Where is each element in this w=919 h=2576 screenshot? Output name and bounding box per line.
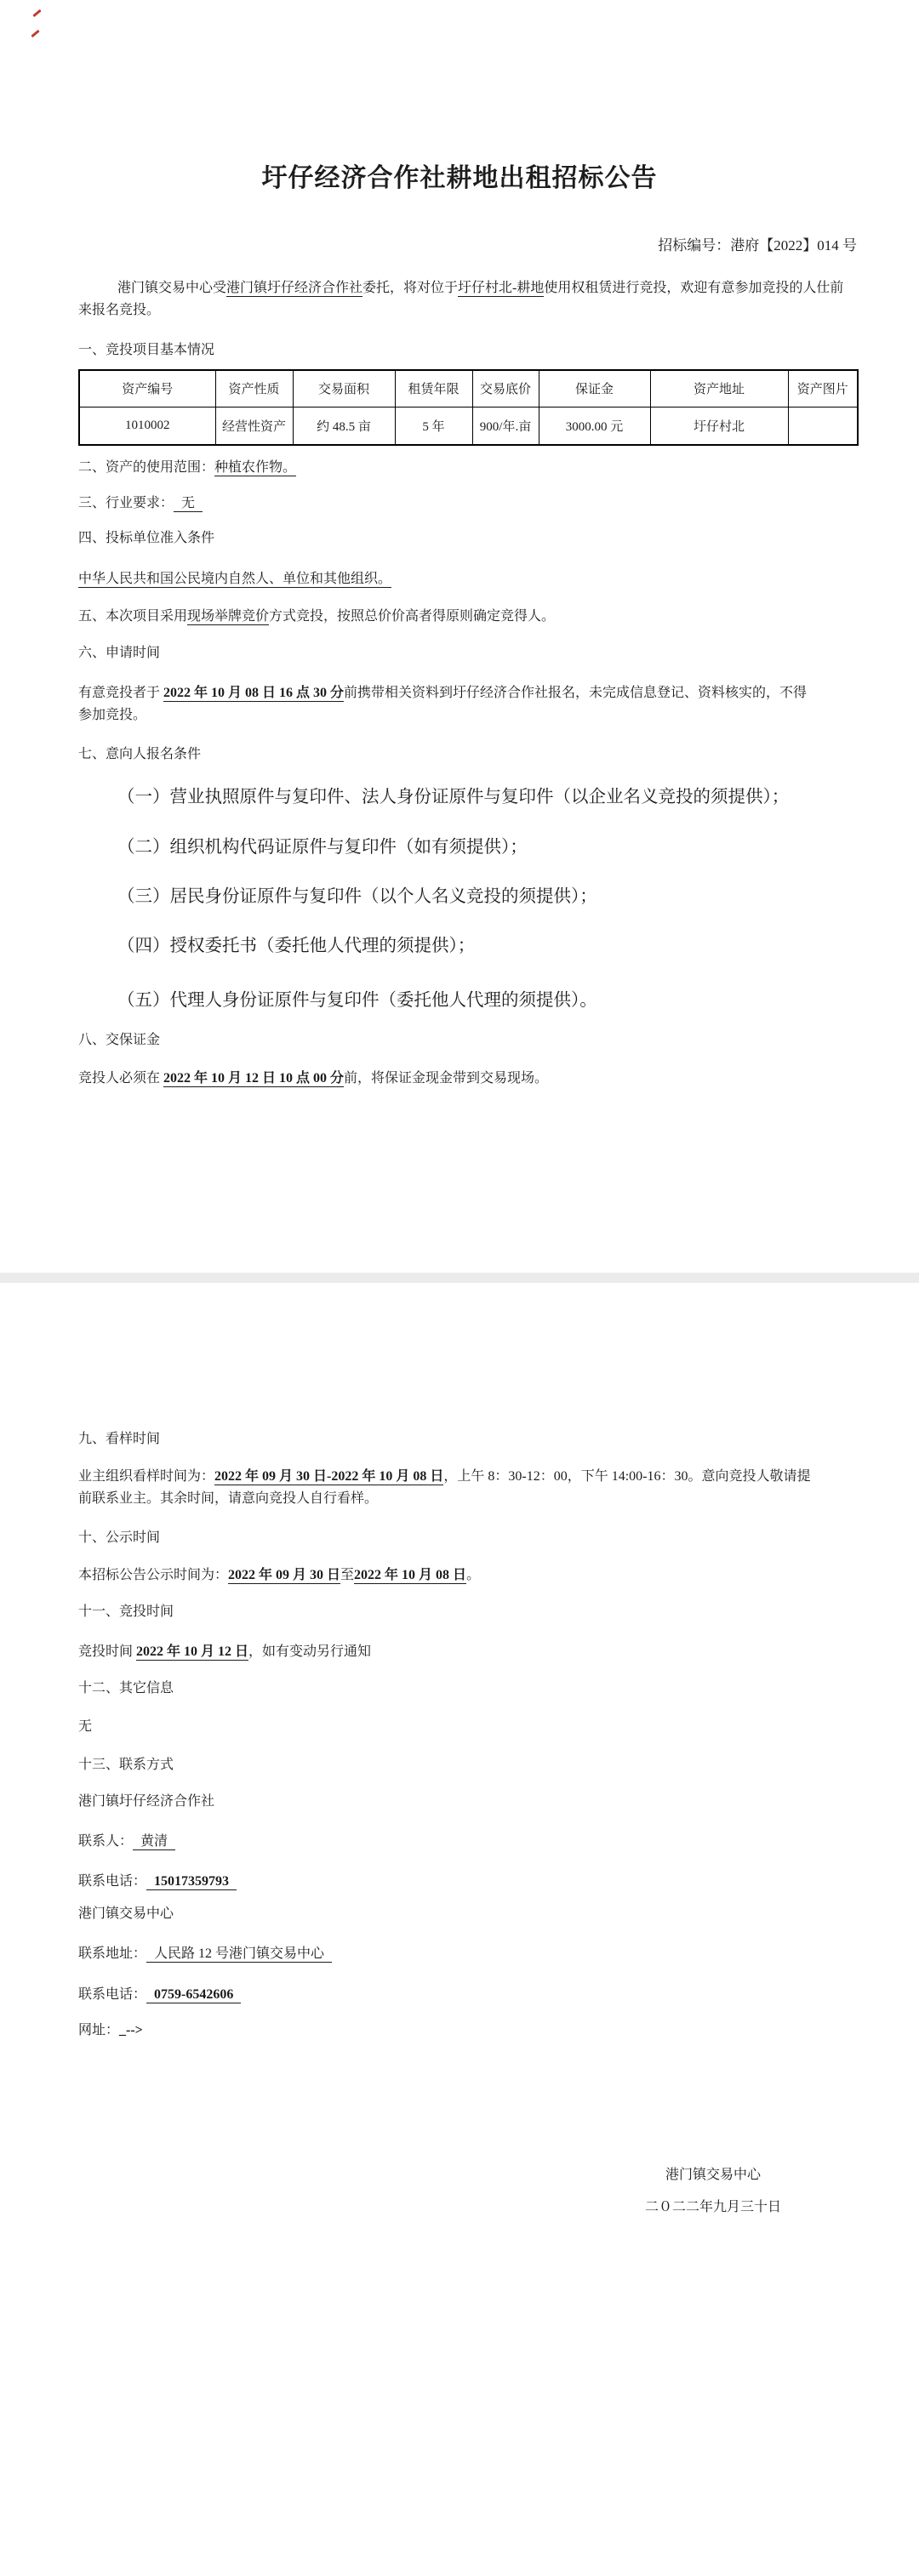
asset-usage-value: 种植农作物。 [214,460,296,476]
table-row: 1010002 经营性资产 约 48.5 亩 5 年 900/年.亩 3000.… [79,407,858,445]
cell-base-price: 900/年.亩 [472,407,539,445]
intro-text: 委托，将对位于 [362,281,458,295]
page-title: 圩仔经济合作社耕地出租招标公告 [0,162,919,196]
section-4-heading: 四、投标单位准入条件 [78,527,857,550]
publicity-end-date: 2022 年 10 月 08 日 [354,1568,466,1584]
section-10-text: 至 [340,1568,354,1582]
eligibility-text: 中华人民共和国公民境内自然人、单位和其他组织。 [78,572,391,588]
section-11-heading: 十一、竞投时间 [78,1601,857,1623]
red-annotation-mark [31,30,39,37]
section-12-heading: 十二、其它信息 [78,1678,857,1700]
col-address: 资产地址 [650,370,788,407]
contact-address-value: 人民路 12 号港门镇交易中心 [146,1946,332,1963]
section-7-heading: 七、意向人报名条件 [78,744,857,766]
contact-address-label: 联系地址： [78,1946,146,1961]
section-5-line: 五、本次项目采用现场举牌竞价方式竞投，按照总价价高者得原则确定竞得人。 [78,606,857,628]
footer-org: 港门镇交易中心 [628,2164,798,2186]
section-2-label: 二、资产的使用范围： [78,460,214,475]
section-11-body: 竞投时间 2022 年 10 月 12 日，如有变动另行通知 [78,1641,857,1663]
section-3-line: 三、行业要求：无 [78,493,857,515]
col-deposit: 保证金 [539,370,650,407]
cell-area: 约 48.5 亩 [293,407,395,445]
entrusting-org: 港门镇圩仔经济合作社 [226,281,362,297]
contact-person-name: 黄清 [133,1834,175,1850]
industry-requirement-value: 无 [174,496,203,512]
contact-phone1-number: 15017359793 [146,1874,237,1890]
footer-date: 二０二二年九月三十日 [619,2197,807,2219]
contact-phone2-number: 0759-6542606 [146,1987,241,2003]
col-area: 交易面积 [293,370,395,407]
section-12-body: 无 [78,1716,857,1738]
section-6-heading: 六、申请时间 [78,642,857,664]
section-9-body: 业主组织看样时间为：2022 年 09 月 30 日-2022 年 10 月 0… [78,1466,812,1510]
section-2-line: 二、资产的使用范围：种植农作物。 [78,457,857,479]
contact-person-line: 联系人：黄清 [78,1831,857,1853]
section-11-text: ，如有变动另行通知 [248,1644,371,1659]
section-5-text: 方式竞投，按照总价价高者得原则确定竞得人。 [269,609,555,624]
section-1-heading: 一、竞投项目基本情况 [78,339,857,362]
tender-ref-number: 招标编号：港府【2022】014 号 [78,235,857,257]
section-4-body: 中华人民共和国公民境内自然人、单位和其他组织。 [78,568,857,590]
section-13-heading: 十三、联系方式 [78,1754,857,1776]
contact-org-trade-center: 港门镇交易中心 [78,1903,857,1925]
section-6-text: 有意竞投者于 [78,686,163,700]
col-lease-term: 租赁年限 [395,370,472,407]
requirement-item-4: （四）授权委托书（委托他人代理的须提供）； [78,933,896,959]
section-10-body: 本招标公告公示时间为：2022 年 09 月 30 日至2022 年 10 月 … [78,1564,857,1587]
intro-paragraph: 港门镇交易中心受港门镇圩仔经济合作社委托，将对位于圩仔村北-耕地使用权租赁进行竞… [78,277,844,322]
website-label: 网址： [78,2023,119,2037]
cell-address: 圩仔村北 [650,407,788,445]
application-deadline: 2022 年 10 月 08 日 16 点 30 分 [163,686,344,702]
section-8-text: 前，将保证金现金带到交易现场。 [344,1071,548,1086]
contact-phone1-line: 联系电话：15017359793 [78,1871,857,1893]
deposit-deadline: 2022 年 10 月 12 日 10 点 00 分 [163,1071,344,1087]
section-8-text: 竞投人必须在 [78,1071,163,1086]
website-value: _--> [119,2023,143,2037]
cell-lease-term: 5 年 [395,407,472,445]
contact-org-cooperative: 港门镇圩仔经济合作社 [78,1791,857,1813]
requirement-item-1: （一）营业执照原件与复印件、法人身份证原件与复印件（以企业名义竞投的须提供）； [78,784,896,810]
cell-deposit: 3000.00 元 [539,407,650,445]
cell-photo [788,407,858,445]
section-10-text: 。 [466,1568,480,1582]
contact-phone2-label: 联系电话： [78,1987,146,2002]
section-9-text: 业主组织看样时间为： [78,1469,214,1484]
section-5-text: 五、本次项目采用 [78,609,187,624]
viewing-dates: 2022 年 09 月 30 日-2022 年 10 月 08 日 [214,1469,443,1485]
requirement-item-5: （五）代理人身份证原件与复印件（委托他人代理的须提供）。 [78,988,896,1013]
section-6-body: 有意竞投者于 2022 年 10 月 08 日 16 点 30 分前携带相关资料… [78,682,812,727]
asset-info-table: 资产编号 资产性质 交易面积 租赁年限 交易底价 保证金 资产地址 资产图片 1… [78,369,859,446]
red-annotation-mark [32,9,41,17]
section-3-label: 三、行业要求： [78,496,174,510]
requirement-item-3: （三）居民身份证原件与复印件（以个人名义竞投的须提供）； [78,884,896,909]
cell-asset-id: 1010002 [79,407,215,445]
section-11-text: 竞投时间 [78,1644,136,1659]
section-8-body: 竞投人必须在 2022 年 10 月 12 日 10 点 00 分前，将保证金现… [78,1068,857,1090]
contact-phone2-line: 联系电话：0759-6542606 [78,1984,857,2006]
bidding-date: 2022 年 10 月 12 日 [136,1644,248,1661]
table-header-row: 资产编号 资产性质 交易面积 租赁年限 交易底价 保证金 资产地址 资产图片 [79,370,858,407]
contact-phone1-label: 联系电话： [78,1874,146,1889]
contact-person-label: 联系人： [78,1834,133,1849]
bidding-method: 现场举牌竞价 [187,609,269,625]
section-10-heading: 十、公示时间 [78,1527,857,1549]
col-photo: 资产图片 [788,370,858,407]
page-break-separator [0,1273,919,1283]
section-9-heading: 九、看样时间 [78,1428,857,1450]
requirement-item-2: （二）组织机构代码证原件与复印件（如有须提供）； [78,835,896,860]
col-asset-nature: 资产性质 [215,370,293,407]
section-10-text: 本招标公告公示时间为： [78,1568,228,1582]
website-line: 网址：_--> [78,2020,857,2042]
publicity-start-date: 2022 年 09 月 30 日 [228,1568,340,1584]
contact-address-line: 联系地址：人民路 12 号港门镇交易中心 [78,1943,857,1965]
cell-asset-nature: 经营性资产 [215,407,293,445]
intro-text: 港门镇交易中心受 [117,281,226,295]
section-8-heading: 八、交保证金 [78,1029,857,1051]
col-base-price: 交易底价 [472,370,539,407]
document-page: { "colors": {"page_bg":"#ffffff","text":… [0,0,919,2576]
col-asset-id: 资产编号 [79,370,215,407]
asset-location: 圩仔村北-耕地 [458,281,544,297]
